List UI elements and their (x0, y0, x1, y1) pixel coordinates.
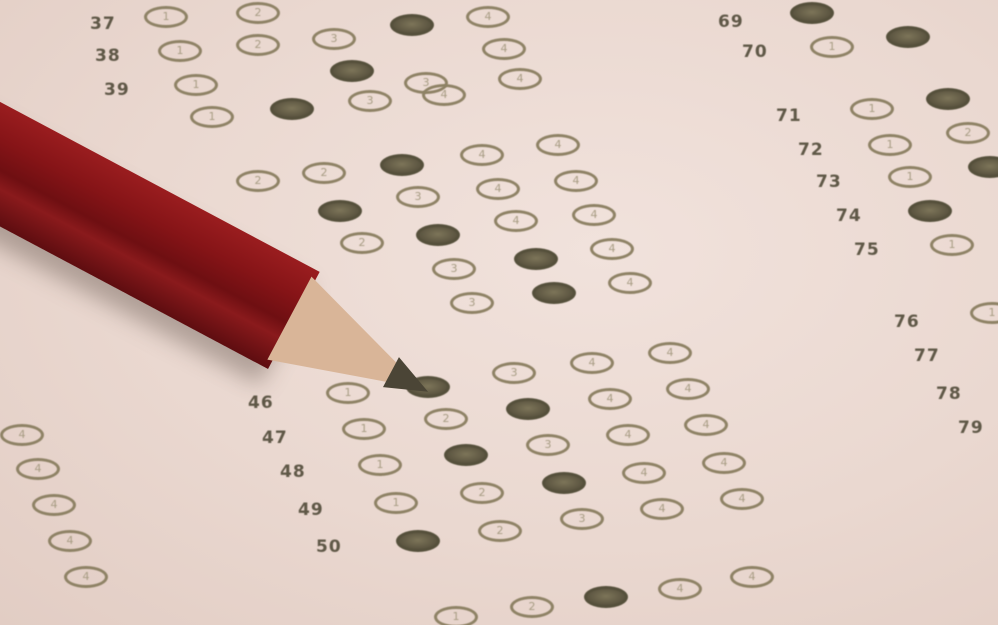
empty-answer-bubble: 4 (570, 352, 614, 374)
question-number: 74 (836, 206, 862, 226)
question-number: 39 (104, 80, 130, 100)
empty-answer-bubble: 4 (702, 452, 746, 474)
filled-answer-bubble (886, 26, 930, 48)
empty-answer-bubble: 2 (424, 408, 468, 430)
filled-answer-bubble (270, 98, 314, 120)
empty-answer-bubble: 4 (666, 378, 710, 400)
empty-answer-bubble: 1 (434, 606, 478, 625)
empty-answer-bubble: 4 (720, 488, 764, 510)
empty-answer-bubble: 2 (460, 482, 504, 504)
empty-answer-bubble: 1 (850, 98, 894, 120)
empty-answer-bubble: 2 (302, 162, 346, 184)
question-number: 69 (718, 12, 744, 32)
empty-answer-bubble: 3 (526, 434, 570, 456)
empty-answer-bubble: 4 (590, 238, 634, 260)
empty-answer-bubble: 4 (572, 204, 616, 226)
empty-answer-bubble: 1 (144, 6, 188, 28)
question-number: 71 (776, 106, 802, 126)
filled-answer-bubble (330, 60, 374, 82)
empty-answer-bubble: 4 (498, 68, 542, 90)
filled-answer-bubble (926, 88, 970, 110)
empty-answer-bubble: 4 (476, 178, 520, 200)
empty-answer-bubble: 4 (0, 424, 44, 446)
empty-answer-bubble: 2 (510, 596, 554, 618)
empty-answer-bubble: 4 (466, 6, 510, 28)
filled-answer-bubble (532, 282, 576, 304)
empty-answer-bubble: 1 (190, 106, 234, 128)
question-number: 76 (894, 312, 920, 332)
filled-answer-bubble (444, 444, 488, 466)
empty-answer-bubble: 2 (340, 232, 384, 254)
empty-answer-bubble: 3 (348, 90, 392, 112)
empty-answer-bubble: 1 (930, 234, 974, 256)
empty-answer-bubble: 2 (236, 2, 280, 24)
filled-answer-bubble (416, 224, 460, 246)
empty-answer-bubble: 1 (868, 134, 912, 156)
empty-answer-bubble: 3 (450, 292, 494, 314)
question-number: 37 (90, 14, 116, 34)
empty-answer-bubble: 3 (560, 508, 604, 530)
empty-answer-bubble: 4 (588, 388, 632, 410)
empty-answer-bubble: 4 (32, 494, 76, 516)
filled-answer-bubble (968, 156, 998, 178)
empty-answer-bubble: 1 (888, 166, 932, 188)
empty-answer-bubble: 1 (174, 74, 218, 96)
empty-answer-bubble: 4 (554, 170, 598, 192)
empty-answer-bubble: 4 (684, 414, 728, 436)
empty-answer-bubble: 1 (374, 492, 418, 514)
empty-answer-bubble: 1 (970, 302, 998, 324)
empty-answer-bubble: 3 (432, 258, 476, 280)
empty-answer-bubble: 4 (16, 458, 60, 480)
question-number: 50 (316, 537, 342, 557)
empty-answer-bubble: 4 (608, 272, 652, 294)
filled-answer-bubble (584, 586, 628, 608)
empty-answer-bubble: 1 (810, 36, 854, 58)
question-number: 47 (262, 428, 288, 448)
filled-answer-bubble (396, 530, 440, 552)
filled-answer-bubble (380, 154, 424, 176)
question-number: 75 (854, 240, 880, 260)
pencil-body (0, 70, 320, 369)
empty-answer-bubble: 4 (658, 578, 702, 600)
filled-answer-bubble (908, 200, 952, 222)
empty-answer-bubble: 4 (606, 424, 650, 446)
filled-answer-bubble (514, 248, 558, 270)
empty-answer-bubble: 4 (730, 566, 774, 588)
empty-answer-bubble: 4 (48, 530, 92, 552)
filled-answer-bubble (318, 200, 362, 222)
question-number: 49 (298, 500, 324, 520)
filled-answer-bubble (790, 2, 834, 24)
question-number: 48 (280, 462, 306, 482)
answer-sheet-photo: 3738394546474849506970717273747576777879… (0, 0, 998, 625)
filled-answer-bubble (390, 14, 434, 36)
empty-answer-bubble: 4 (64, 566, 108, 588)
question-number: 70 (742, 42, 768, 62)
empty-answer-bubble: 2 (946, 122, 990, 144)
empty-answer-bubble: 3 (492, 362, 536, 384)
empty-answer-bubble: 4 (648, 342, 692, 364)
question-number: 77 (914, 346, 940, 366)
empty-answer-bubble: 4 (622, 462, 666, 484)
empty-answer-bubble: 4 (422, 84, 466, 106)
question-number: 72 (798, 140, 824, 160)
empty-answer-bubble: 4 (494, 210, 538, 232)
empty-answer-bubble: 4 (460, 144, 504, 166)
question-number: 46 (248, 393, 274, 413)
empty-answer-bubble: 1 (358, 454, 402, 476)
empty-answer-bubble: 2 (236, 170, 280, 192)
empty-answer-bubble: 2 (236, 34, 280, 56)
question-number: 38 (95, 46, 121, 66)
filled-answer-bubble (542, 472, 586, 494)
question-number: 79 (958, 418, 984, 438)
empty-answer-bubble: 4 (482, 38, 526, 60)
empty-answer-bubble: 2 (478, 520, 522, 542)
filled-answer-bubble (506, 398, 550, 420)
empty-answer-bubble: 3 (396, 186, 440, 208)
empty-answer-bubble: 3 (312, 28, 356, 50)
empty-answer-bubble: 4 (640, 498, 684, 520)
empty-answer-bubble: 1 (158, 40, 202, 62)
question-number: 78 (936, 384, 962, 404)
question-number: 73 (816, 172, 842, 192)
empty-answer-bubble: 4 (536, 134, 580, 156)
